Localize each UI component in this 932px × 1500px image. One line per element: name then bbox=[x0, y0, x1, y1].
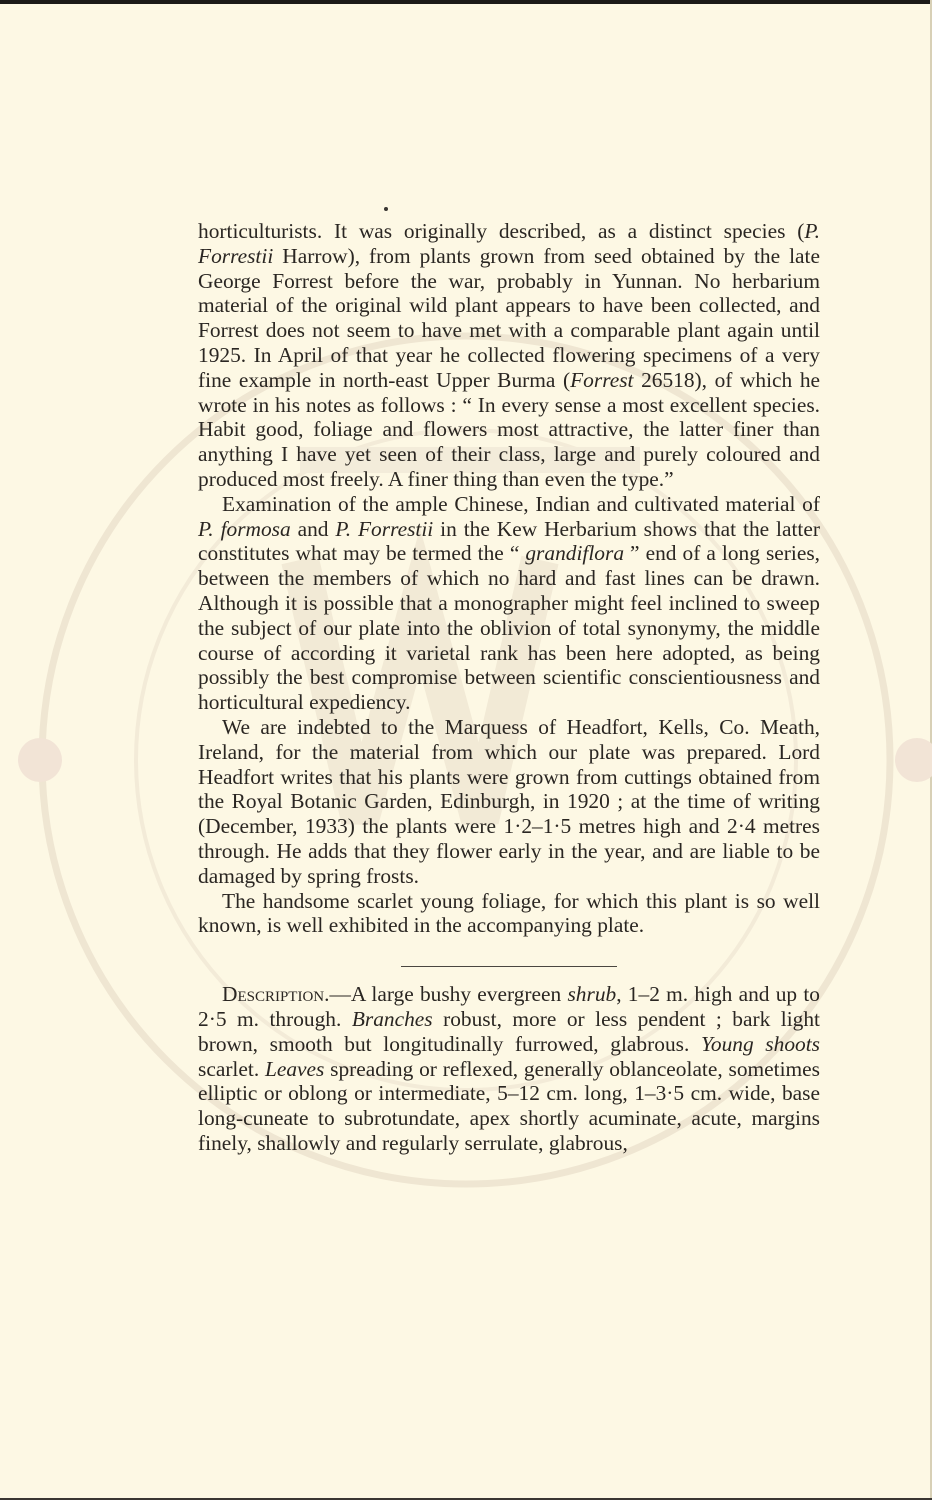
section-divider bbox=[401, 966, 617, 967]
text-run: Examination of the ample Chinese, Indian… bbox=[222, 492, 820, 516]
paragraph-3: We are indebted to the Marquess of Headf… bbox=[198, 715, 820, 889]
italic-text: Leaves bbox=[265, 1057, 324, 1081]
description-paragraph: Description.—A large bushy evergreen shr… bbox=[198, 982, 820, 1156]
page-mark bbox=[384, 207, 388, 211]
body-text: horticulturists. It was originally descr… bbox=[198, 219, 820, 1156]
text-run: and bbox=[291, 517, 336, 541]
page-top-edge bbox=[0, 0, 932, 4]
paragraph-1: horticulturists. It was originally descr… bbox=[198, 219, 820, 492]
italic-text: grandiflora bbox=[525, 541, 624, 565]
text-run: horticulturists. It was originally descr… bbox=[198, 219, 804, 243]
italic-text: shrub bbox=[567, 982, 616, 1006]
paragraph-4: The handsome scarlet young foliage, for … bbox=[198, 889, 820, 939]
italic-text: P. Forrestii bbox=[335, 517, 433, 541]
text-run: ” end of a long series, between the memb… bbox=[198, 541, 820, 714]
paragraph-2: Examination of the ample Chinese, Indian… bbox=[198, 492, 820, 715]
text-run: —A large bushy evergreen bbox=[329, 982, 567, 1006]
text-run: The handsome scarlet young foliage, for … bbox=[198, 889, 820, 938]
italic-text: Forrest bbox=[570, 368, 633, 392]
text-run: We are indebted to the Marquess of Headf… bbox=[198, 715, 820, 888]
description-body: —A large bushy evergreen shrub, 1–2 m. h… bbox=[198, 982, 820, 1155]
description-heading: Description. bbox=[222, 982, 329, 1006]
italic-text: P. formosa bbox=[198, 517, 291, 541]
italic-text: Young shoots bbox=[701, 1032, 820, 1056]
italic-text: Branches bbox=[352, 1007, 433, 1031]
text-run: scarlet. bbox=[198, 1057, 265, 1081]
